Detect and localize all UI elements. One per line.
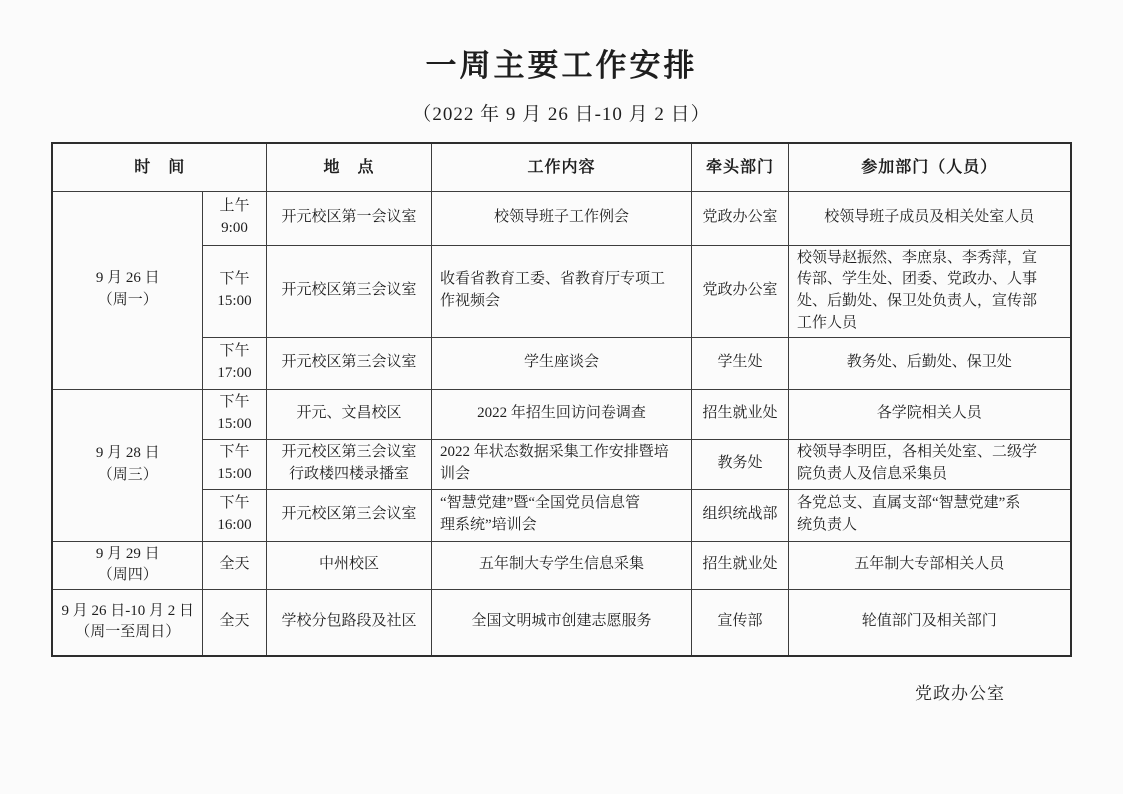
cell-time: 下午 15:00 — [202, 439, 266, 489]
cell-time: 下午 16:00 — [202, 489, 266, 541]
header-location: 地 点 — [267, 143, 432, 191]
cell-location: 学校分包路段及社区 — [267, 590, 432, 656]
header-participants: 参加部门（人员） — [789, 143, 1071, 191]
cell-participants: 校领导班子成员及相关处室人员 — [789, 191, 1071, 245]
table-row: 下午 16:00 开元校区第三会议室 “智慧党建”暨“全国党员信息管 理系统”培… — [52, 489, 1070, 541]
cell-location: 开元校区第三会议室 — [267, 489, 432, 541]
cell-content: “智慧党建”暨“全国党员信息管 理系统”培训会 — [432, 489, 692, 541]
cell-content: 全国文明城市创建志愿服务 — [432, 590, 692, 656]
cell-time: 下午 15:00 — [202, 245, 266, 337]
page-subtitle: （2022 年 9 月 26 日-10 月 2 日） — [0, 99, 1123, 126]
cell-content: 学生座谈会 — [432, 337, 692, 389]
cell-participants: 各党总支、直属支部“智慧党建”系 统负责人 — [789, 489, 1071, 541]
cell-lead: 宣传部 — [692, 590, 789, 656]
table-row: 9 月 28 日 （周三） 下午 15:00 开元、文昌校区 2022 年招生回… — [52, 389, 1070, 439]
cell-lead: 教务处 — [692, 439, 789, 489]
cell-participants: 轮值部门及相关部门 — [789, 590, 1071, 656]
table-row: 下午 17:00 开元校区第三会议室 学生座谈会 学生处 教务处、后勤处、保卫处 — [52, 337, 1070, 389]
signoff-department: 党政办公室 — [0, 679, 1123, 704]
cell-location: 中州校区 — [267, 541, 432, 590]
cell-time: 上午 9:00 — [202, 191, 266, 245]
cell-location: 开元校区第三会议室 — [267, 337, 432, 389]
table-row: 下午 15:00 开元校区第三会议室 行政楼四楼录播室 2022 年状态数据采集… — [52, 439, 1070, 489]
cell-time: 下午 17:00 — [202, 337, 266, 389]
cell-participants: 校领导赵振然、李庶泉、李秀萍，宣 传部、学生处、团委、党政办、人事 处、后勤处、… — [789, 245, 1071, 337]
cell-lead: 招生就业处 — [692, 541, 789, 590]
cell-time: 全天 — [202, 541, 266, 590]
cell-location: 开元校区第三会议室 行政楼四楼录播室 — [267, 439, 432, 489]
cell-participants: 各学院相关人员 — [789, 389, 1071, 439]
cell-location: 开元校区第一会议室 — [267, 191, 432, 245]
cell-date: 9 月 29 日 （周四） — [52, 541, 202, 590]
cell-location: 开元、文昌校区 — [267, 389, 432, 439]
cell-lead: 党政办公室 — [692, 191, 789, 245]
cell-lead: 组织统战部 — [692, 489, 789, 541]
header-content: 工作内容 — [432, 143, 692, 191]
cell-time: 全天 — [202, 590, 266, 656]
cell-lead: 学生处 — [692, 337, 789, 389]
table-row: 9 月 26 日 （周一） 上午 9:00 开元校区第一会议室 校领导班子工作例… — [52, 191, 1070, 245]
cell-date: 9 月 28 日 （周三） — [52, 389, 202, 541]
cell-content: 校领导班子工作例会 — [432, 191, 692, 245]
cell-participants: 五年制大专部相关人员 — [789, 541, 1071, 590]
table-header-row: 时 间 地 点 工作内容 牵头部门 参加部门（人员） — [52, 143, 1070, 191]
cell-content: 五年制大专学生信息采集 — [432, 541, 692, 590]
table-row: 下午 15:00 开元校区第三会议室 收看省教育工委、省教育厅专项工 作视频会 … — [52, 245, 1070, 337]
cell-content: 2022 年状态数据采集工作安排暨培 训会 — [432, 439, 692, 489]
cell-lead: 招生就业处 — [692, 389, 789, 439]
header-time: 时 间 — [52, 143, 266, 191]
table-row: 9 月 26 日-10 月 2 日 （周一至周日） 全天 学校分包路段及社区 全… — [52, 590, 1070, 656]
cell-lead: 党政办公室 — [692, 245, 789, 337]
cell-date: 9 月 26 日 （周一） — [52, 191, 202, 389]
header-lead-department: 牵头部门 — [692, 143, 789, 191]
cell-date: 9 月 26 日-10 月 2 日 （周一至周日） — [52, 590, 202, 656]
table-row: 9 月 29 日 （周四） 全天 中州校区 五年制大专学生信息采集 招生就业处 … — [52, 541, 1070, 590]
weekly-schedule-table: 时 间 地 点 工作内容 牵头部门 参加部门（人员） 9 月 26 日 （周一）… — [51, 142, 1071, 657]
cell-participants: 校领导李明臣，各相关处室、二级学 院负责人及信息采集员 — [789, 439, 1071, 489]
cell-content: 2022 年招生回访问卷调查 — [432, 389, 692, 439]
document-page: 一周主要工作安排 （2022 年 9 月 26 日-10 月 2 日） 时 间 … — [0, 0, 1123, 794]
cell-time: 下午 15:00 — [202, 389, 266, 439]
cell-content: 收看省教育工委、省教育厅专项工 作视频会 — [432, 245, 692, 337]
page-title: 一周主要工作安排 — [0, 0, 1123, 85]
cell-location: 开元校区第三会议室 — [267, 245, 432, 337]
cell-participants: 教务处、后勤处、保卫处 — [789, 337, 1071, 389]
